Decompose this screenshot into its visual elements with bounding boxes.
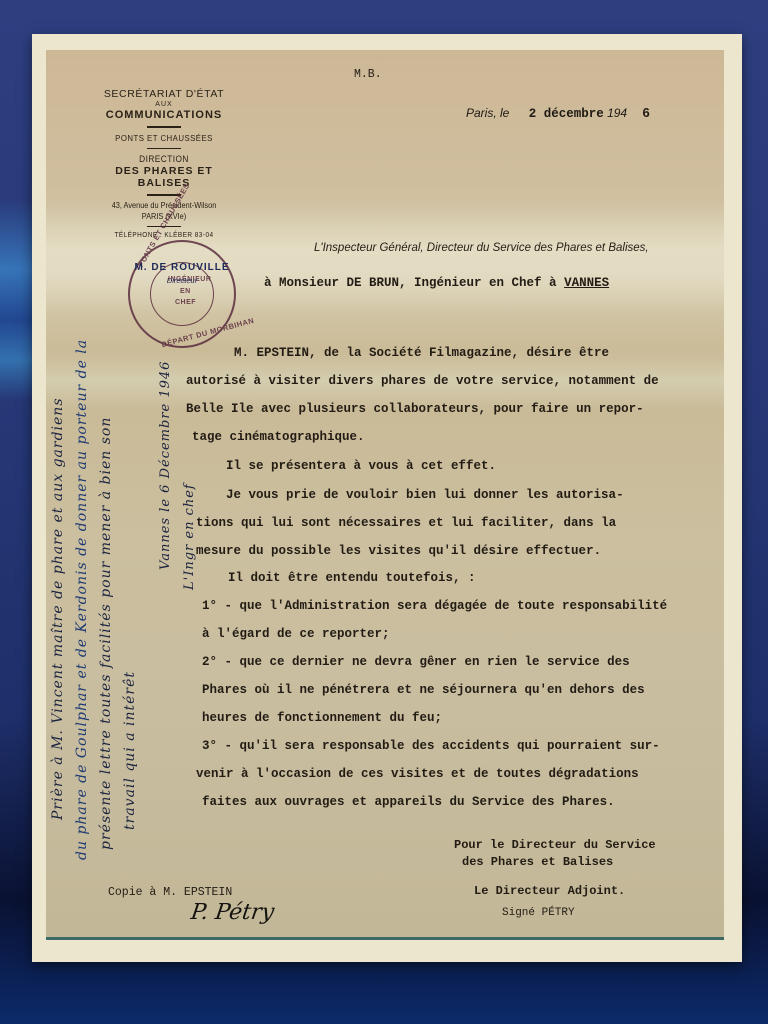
divider	[147, 126, 181, 128]
body-line: Phares où il ne pénétrera et ne séjourne…	[202, 683, 645, 697]
letterhead-address: 43, Avenue du Président-Wilson	[100, 201, 229, 210]
body-line: autorisé à visiter divers phares de votr…	[186, 374, 659, 388]
official-stamp: PONTS ET CHAUSSÉES DÉPART DU MORBIHAN IN…	[128, 240, 236, 348]
body-line: à l'égard de ce reporter;	[202, 627, 390, 641]
closing-line-2: des Phares et Balises	[462, 855, 613, 869]
recipient-line: à Monsieur DE BRUN, Ingénieur en Chef à …	[264, 276, 609, 290]
handwritten-note-date: Vannes le 6 Décembre 1946	[158, 361, 173, 570]
letterhead-aux: AUX	[94, 101, 234, 108]
recipient-prefix: à Monsieur DE BRUN, Ingénieur en Chef à	[264, 276, 564, 290]
body-line: mesure du possible les visites qu'il dés…	[196, 544, 601, 558]
letter-document: SECRÉTARIAT D'ÉTAT AUX COMMUNICATIONS PO…	[46, 50, 724, 940]
body-line: 3° - qu'il sera responsable des accident…	[202, 739, 660, 753]
handwritten-note-line-4: travail qui a intérêt	[122, 671, 138, 830]
letterhead-direction: DIRECTION	[100, 154, 229, 164]
divider	[147, 148, 181, 150]
date-day-month: 2 décembre	[529, 107, 604, 121]
body-line: Je vous prie de vouloir bien lui donner …	[226, 488, 624, 502]
director-name: M. DE ROUVILLE	[112, 262, 252, 273]
director-title: Directeur	[112, 276, 252, 285]
closing-signed-name: Signé PÉTRY	[502, 907, 575, 919]
body-line: Il se présentera à vous à cet effet.	[226, 459, 496, 473]
handwritten-note-signoff: L'Ingr en chef	[182, 483, 197, 590]
letterhead-ponts: PONTS ET CHAUSSÉES	[100, 133, 229, 143]
body-line: tions qui lui sont nécessaires et lui fa…	[196, 516, 616, 530]
date-place: Paris, le	[466, 106, 509, 120]
body-line: faites aux ouvrages et appareils du Serv…	[202, 795, 615, 809]
letterhead-phares: DES PHARES ET BALISES	[94, 165, 234, 189]
recipient-city: VANNES	[564, 276, 609, 290]
handwritten-note-line-1: Prière à M. Vincent maître de phare et a…	[50, 397, 66, 820]
closing-line-3: Le Directeur Adjoint.	[474, 884, 625, 898]
body-line: venir à l'occasion de ces visites et de …	[196, 767, 639, 781]
letterhead-ministry: SECRÉTARIAT D'ÉTAT	[94, 88, 234, 100]
body-line: Il doit être entendu toutefois, :	[228, 571, 476, 585]
copy-note: Copie à M. EPSTEIN	[108, 886, 232, 899]
body-line: tage cinématographique.	[192, 430, 365, 444]
body-line: 1° - que l'Administration sera dégagée d…	[202, 599, 667, 613]
body-line: 2° - que ce dernier ne devra gêner en ri…	[202, 655, 630, 669]
date-line: Paris, le 2 décembre 194 6	[466, 105, 650, 121]
stamp-center-2: EN	[180, 288, 191, 295]
body-line: M. EPSTEIN, de la Société Filmagazine, d…	[234, 346, 609, 360]
letterhead-communications: COMMUNICATIONS	[94, 109, 234, 121]
handwritten-signature: P. Pétry	[189, 900, 275, 925]
reference-initials: M.B.	[354, 68, 382, 81]
handwritten-note-line-3: présente lettre toutes facilités pour me…	[98, 417, 114, 850]
sender-title: L'Inspecteur Général, Directeur du Servi…	[314, 242, 649, 254]
body-line: Belle Ile avec plusieurs collaborateurs,…	[186, 402, 644, 416]
handwritten-note-line-2: du phare de Goulphar et de Kerdonis de d…	[74, 339, 90, 860]
date-year-prefix: 194	[607, 106, 627, 120]
closing-line-1: Pour le Directeur du Service	[454, 838, 656, 852]
body-line: heures de fonctionnement du feu;	[202, 711, 442, 725]
date-year-suffix: 6	[642, 105, 649, 120]
stamp-center-3: CHEF	[175, 299, 196, 306]
